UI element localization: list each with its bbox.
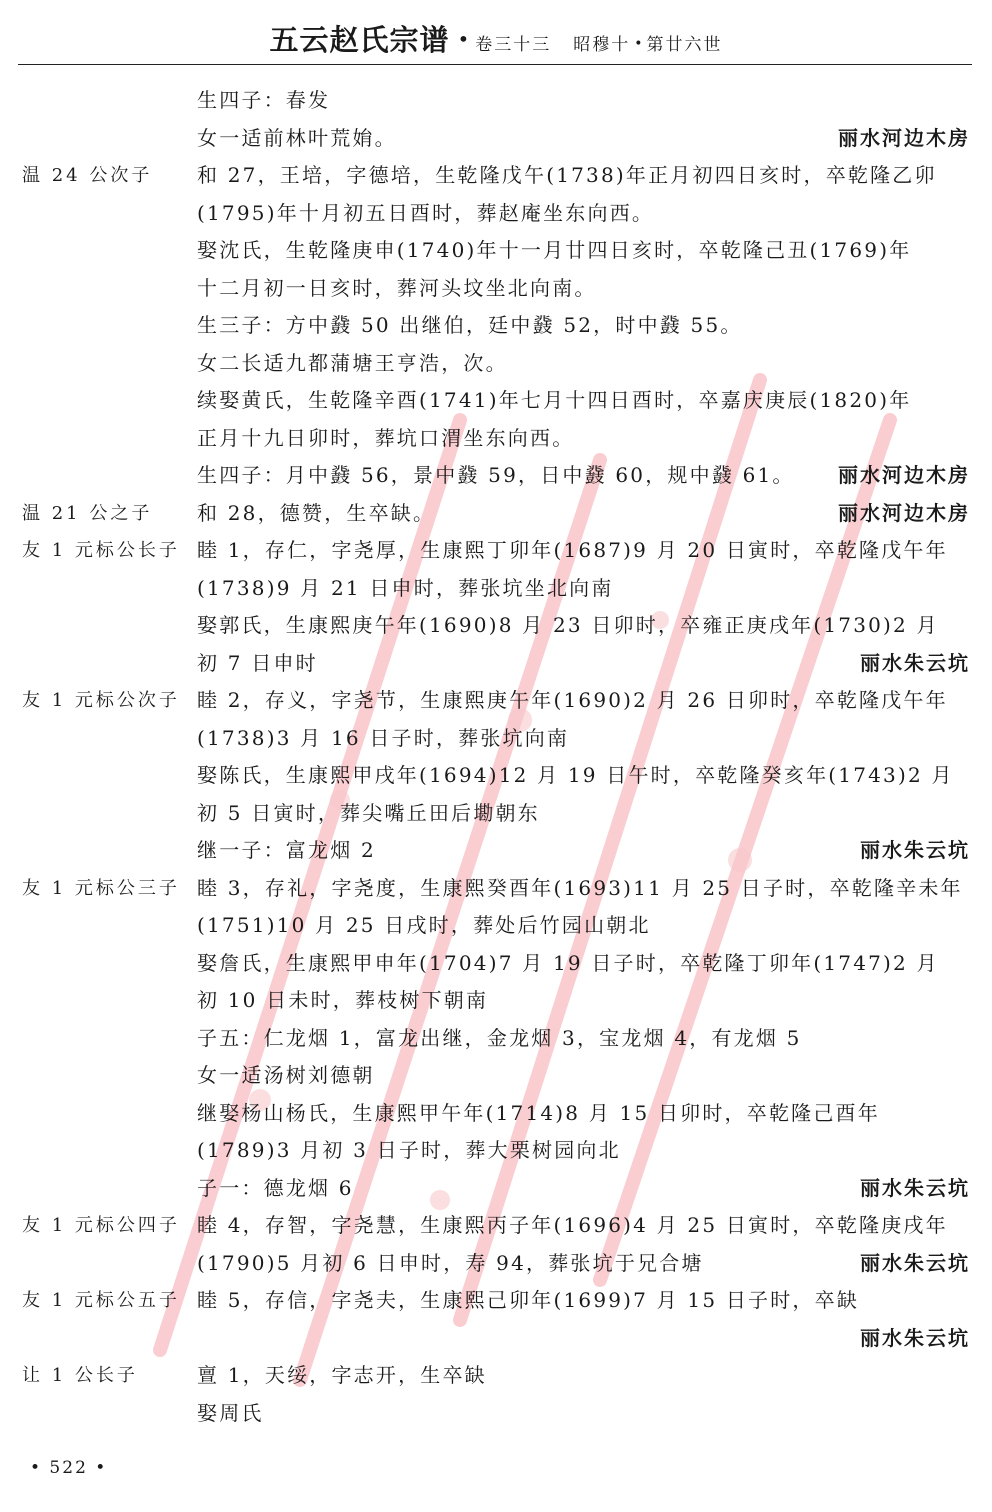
- book-title: 五云赵氏宗谱: [269, 23, 449, 57]
- genealogy-entry: 温 24 公次子和 27，王培，字德培，生乾隆戊午(1738)年正月初四日亥时，…: [0, 157, 992, 495]
- residence-location: 丽水朱云坑: [860, 1245, 970, 1283]
- entry-line: 娶沈氏，生乾隆庚申(1740)年十一月廿四日亥时，卒乾隆己丑(1769)年: [0, 232, 992, 270]
- entry-text: 睦 5，存信，字尧夫，生康熙己卯年(1699)7 月 15 日子时，卒缺: [197, 1282, 970, 1320]
- entry-line: 睦 2，存义，字尧节，生康熙庚午年(1690)2 月 26 日卯时，卒乾隆戊午年: [0, 682, 992, 720]
- entry-text: 继娶杨山杨氏，生康熙甲午年(1714)8 月 15 日卯时，卒乾隆己酉年: [197, 1095, 970, 1133]
- entry-line: (1738)9 月 21 日申时，葬张坑坐北向南: [0, 570, 992, 608]
- entry-line: 初 7 日申时丽水朱云坑: [0, 645, 992, 683]
- entry-text: (1790)5 月初 6 日申时，寿 94，葬张坑于兄合塘: [197, 1245, 970, 1283]
- entry-text: 亶 1，天绥，字志开，生卒缺: [197, 1357, 970, 1395]
- entry-text: 娶郭氏，生康熙庚午年(1690)8 月 23 日卯时，卒雍正庚戌年(1730)2…: [197, 607, 970, 645]
- entry-line: 娶陈氏，生康熙甲戌年(1694)12 月 19 日午时，卒乾隆癸亥年(1743)…: [0, 757, 992, 795]
- entry-text: 继一子：富龙烟 2: [197, 832, 970, 870]
- genealogy-entry: 友 1 元标公三子睦 3，存礼，字尧度，生康熙癸酉年(1693)11 月 25 …: [0, 870, 992, 1208]
- entry-line: 娶詹氏，生康熙甲申年(1704)7 月 19 日子时，卒乾隆丁卯年(1747)2…: [0, 945, 992, 983]
- entry-text: 娶陈氏，生康熙甲戌年(1694)12 月 19 日午时，卒乾隆癸亥年(1743)…: [197, 757, 970, 795]
- entry-line: 生四子：月中鼗 56，景中鼗 59，日中鼗 60，规中鼗 61。丽水河边木房: [0, 457, 992, 495]
- entry-line: 女一适汤树刘德朝: [0, 1057, 992, 1095]
- entry-text: 娶周氏: [197, 1395, 970, 1433]
- entry-text: 子一：德龙烟 6: [197, 1170, 970, 1208]
- entry-text: 十二月初一日亥时，葬河头坟坐北向南。: [197, 270, 970, 308]
- entry-text: 睦 2，存义，字尧节，生康熙庚午年(1690)2 月 26 日卯时，卒乾隆戊午年: [197, 682, 970, 720]
- residence-location: 丽水朱云坑: [860, 645, 970, 683]
- entry-text: (1751)10 月 25 日戌时，葬处后竹园山朝北: [197, 907, 970, 945]
- section-label: 昭穆十: [573, 35, 630, 55]
- entry-line: 初 10 日未时，葬枝树下朝南: [0, 982, 992, 1020]
- entry-line: 睦 4，存智，字尧慧，生康熙丙子年(1696)4 月 25 日寅时，卒乾隆庚戌年: [0, 1207, 992, 1245]
- entry-line: (1789)3 月初 3 日子时，葬大栗树园向北: [0, 1132, 992, 1170]
- entry-line: (1738)3 月 16 日子时，葬张坑向南: [0, 720, 992, 758]
- residence-location: 丽水河边木房: [838, 120, 970, 158]
- page-header: 五云赵氏宗谱•卷三十三昭穆十•第廿六世: [0, 18, 992, 62]
- entry-text: (1789)3 月初 3 日子时，葬大栗树园向北: [197, 1132, 970, 1170]
- entry-line: 初 5 日寅时，葬尖嘴丘田后墈朝东: [0, 795, 992, 833]
- entry-line: 子一：德龙烟 6丽水朱云坑: [0, 1170, 992, 1208]
- entry-text: 娶沈氏，生乾隆庚申(1740)年十一月廿四日亥时，卒乾隆己丑(1769)年: [197, 232, 970, 270]
- entry-text: 初 10 日未时，葬枝树下朝南: [197, 982, 970, 1020]
- generation-label: 第廿六世: [647, 35, 723, 55]
- residence-location: 丽水朱云坑: [860, 832, 970, 870]
- genealogy-entry: 温 21 公之子和 28，德赞，生卒缺。丽水河边木房: [0, 495, 992, 533]
- entry-text: 女二长适九都蒲塘王亨浩，次。: [197, 345, 970, 383]
- entry-line: (1795)年十月初五日酉时，葬赵庵坐东向西。: [0, 195, 992, 233]
- residence-location: 丽水朱云坑: [860, 1320, 970, 1358]
- entry-line: 亶 1，天绥，字志开，生卒缺: [0, 1357, 992, 1395]
- entry-text: (1738)9 月 21 日申时，葬张坑坐北向南: [197, 570, 970, 608]
- volume-label: 卷三十三: [475, 35, 551, 55]
- entry-line: 娶周氏: [0, 1395, 992, 1433]
- entry-line: 正月十九日卯时，葬坑口渭坐东向西。: [0, 420, 992, 458]
- separator-dot: •: [634, 36, 642, 52]
- residence-location: 丽水朱云坑: [860, 1170, 970, 1208]
- entry-text: (1738)3 月 16 日子时，葬张坑向南: [197, 720, 970, 758]
- genealogy-entry: 友 1 元标公次子睦 2，存义，字尧节，生康熙庚午年(1690)2 月 26 日…: [0, 682, 992, 870]
- entry-line: 和 28，德赞，生卒缺。丽水河边木房: [0, 495, 992, 533]
- entry-text: 和 27，王培，字德培，生乾隆戊午(1738)年正月初四日亥时，卒乾隆乙卯: [197, 157, 970, 195]
- entry-line: 子五：仁龙烟 1，富龙出继，金龙烟 3，宝龙烟 4，有龙烟 5: [0, 1020, 992, 1058]
- separator-dot: •: [457, 27, 469, 51]
- entry-line: 十二月初一日亥时，葬河头坟坐北向南。: [0, 270, 992, 308]
- entry-line: 继娶杨山杨氏，生康熙甲午年(1714)8 月 15 日卯时，卒乾隆己酉年: [0, 1095, 992, 1133]
- entry-text: 子五：仁龙烟 1，富龙出继，金龙烟 3，宝龙烟 4，有龙烟 5: [197, 1020, 970, 1058]
- entry-line: 女一适前林叶荒姢。丽水河边木房: [0, 120, 992, 158]
- genealogy-entry: 友 1 元标公四子睦 4，存智，字尧慧，生康熙丙子年(1696)4 月 25 日…: [0, 1207, 992, 1282]
- entry-text: 女一适汤树刘德朝: [197, 1057, 970, 1095]
- entry-text: 正月十九日卯时，葬坑口渭坐东向西。: [197, 420, 970, 458]
- header-rule: [18, 64, 972, 65]
- entry-text: 初 5 日寅时，葬尖嘴丘田后墈朝东: [197, 795, 970, 833]
- page-number: • 522 •: [30, 1458, 107, 1478]
- entry-text: 生四子：春发: [197, 82, 970, 120]
- genealogy-entry: 友 1 元标公五子睦 5，存信，字尧夫，生康熙己卯年(1699)7 月 15 日…: [0, 1282, 992, 1357]
- entry-line: 继一子：富龙烟 2丽水朱云坑: [0, 832, 992, 870]
- entry-line: 睦 3，存礼，字尧度，生康熙癸酉年(1693)11 月 25 日子时，卒乾隆辛未…: [0, 870, 992, 908]
- entry-text: 生三子：方中鼗 50 出继伯，廷中鼗 52，时中鼗 55。: [197, 307, 970, 345]
- entry-line: 和 27，王培，字德培，生乾隆戊午(1738)年正月初四日亥时，卒乾隆乙卯: [0, 157, 992, 195]
- entry-line: 生四子：春发: [0, 82, 992, 120]
- entry-line: 丽水朱云坑: [0, 1320, 992, 1358]
- entry-line: (1751)10 月 25 日戌时，葬处后竹园山朝北: [0, 907, 992, 945]
- entry-line: 睦 1，存仁，字尧厚，生康熙丁卯年(1687)9 月 20 日寅时，卒乾隆戊午年: [0, 532, 992, 570]
- entry-line: 娶郭氏，生康熙庚午年(1690)8 月 23 日卯时，卒雍正庚戌年(1730)2…: [0, 607, 992, 645]
- entry-text: 睦 3，存礼，字尧度，生康熙癸酉年(1693)11 月 25 日子时，卒乾隆辛未…: [197, 870, 970, 908]
- entry-text: 睦 1，存仁，字尧厚，生康熙丁卯年(1687)9 月 20 日寅时，卒乾隆戊午年: [197, 532, 970, 570]
- genealogy-entry: 友 1 元标公长子睦 1，存仁，字尧厚，生康熙丁卯年(1687)9 月 20 日…: [0, 532, 992, 682]
- residence-location: 丽水河边木房: [838, 495, 970, 533]
- entry-line: 女二长适九都蒲塘王亨浩，次。: [0, 345, 992, 383]
- entry-line: (1790)5 月初 6 日申时，寿 94，葬张坑于兄合塘丽水朱云坑: [0, 1245, 992, 1283]
- entry-line: 生三子：方中鼗 50 出继伯，廷中鼗 52，时中鼗 55。: [0, 307, 992, 345]
- genealogy-entry: 生四子：春发女一适前林叶荒姢。丽水河边木房: [0, 82, 992, 157]
- genealogy-content: 生四子：春发女一适前林叶荒姢。丽水河边木房温 24 公次子和 27，王培，字德培…: [0, 82, 992, 1432]
- entry-text: (1795)年十月初五日酉时，葬赵庵坐东向西。: [197, 195, 970, 233]
- entry-line: 续娶黄氏，生乾隆辛酉(1741)年七月十四日酉时，卒嘉庆庚辰(1820)年: [0, 382, 992, 420]
- entry-text: 初 7 日申时: [197, 645, 970, 683]
- genealogy-entry: 让 1 公长子亶 1，天绥，字志开，生卒缺娶周氏: [0, 1357, 992, 1432]
- entry-text: 续娶黄氏，生乾隆辛酉(1741)年七月十四日酉时，卒嘉庆庚辰(1820)年: [197, 382, 970, 420]
- entry-text: 睦 4，存智，字尧慧，生康熙丙子年(1696)4 月 25 日寅时，卒乾隆庚戌年: [197, 1207, 970, 1245]
- entry-line: 睦 5，存信，字尧夫，生康熙己卯年(1699)7 月 15 日子时，卒缺: [0, 1282, 992, 1320]
- residence-location: 丽水河边木房: [838, 457, 970, 495]
- entry-text: 娶詹氏，生康熙甲申年(1704)7 月 19 日子时，卒乾隆丁卯年(1747)2…: [197, 945, 970, 983]
